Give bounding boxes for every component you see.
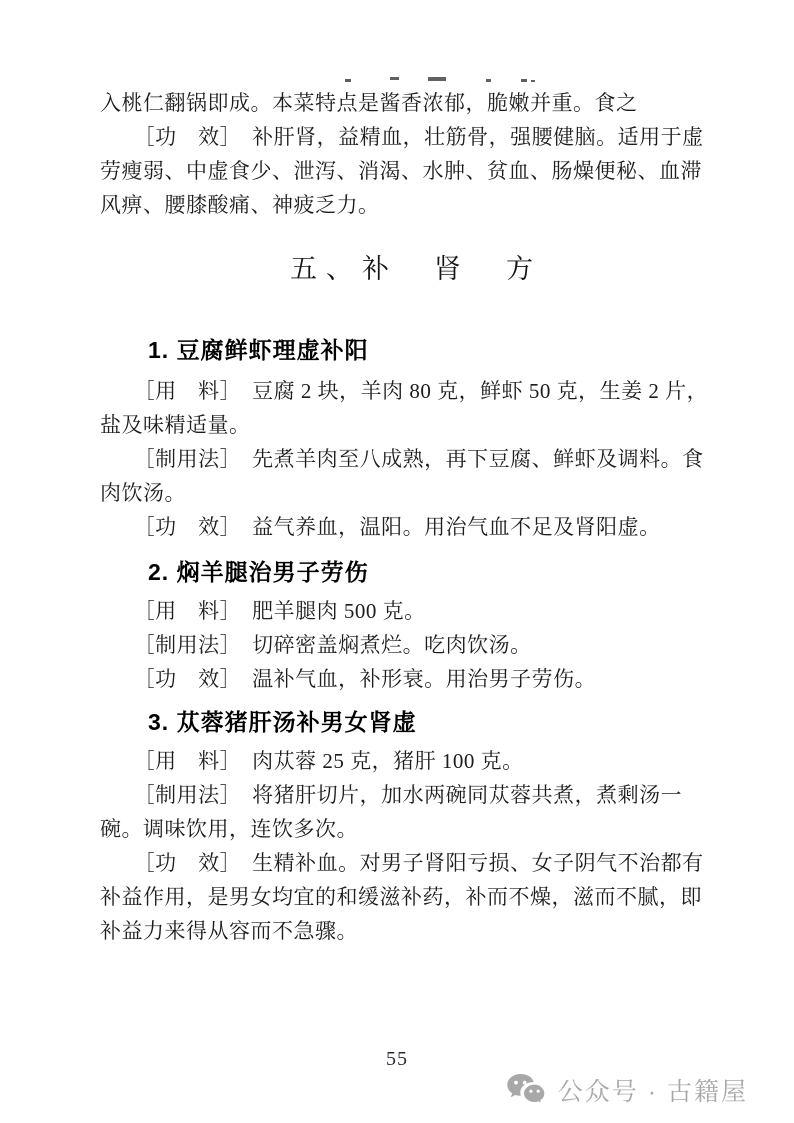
intro-line: 风痹、腰膝酸痛、神疲乏力。 xyxy=(100,188,714,222)
wechat-icon xyxy=(506,1073,548,1107)
recipe-2-line: ［功 效］ 温补气血，补形衰。用治男子劳伤。 xyxy=(100,662,714,696)
recipe-1-line: ［功 效］ 益气养血，温阳。用治气血不足及肾阳虚。 xyxy=(100,510,714,544)
intro-line: 劳瘦弱、中虚食少、泄泻、消渴、水肿、贫血、肠燥便秘、血滞 xyxy=(100,154,714,188)
recipe-1-line: ［用 料］ 豆腐 2 块，羊肉 80 克，鲜虾 50 克，生姜 2 片， xyxy=(100,374,714,408)
book-page: 入桃仁翻锅即成。本菜特点是酱香浓郁，脆嫩并重。食之 ［功 效］ 补肝肾，益精血，… xyxy=(0,0,794,1123)
recipe-1-line: ［制用法］ 先煮羊肉至八成熟，再下豆腐、鲜虾及调料。食 xyxy=(100,442,714,476)
recipe-3-line: 碗。调味饮用，连饮多次。 xyxy=(100,812,714,846)
watermark-text: 公众号 · 古籍屋 xyxy=(558,1072,748,1108)
recipe-2-line: ［用 料］ 肥羊腿肉 500 克。 xyxy=(100,594,714,628)
intro-line: ［功 效］ 补肝肾，益精血，壮筋骨，强腰健脑。适用于虚 xyxy=(100,120,714,154)
recipe-3-line: ［制用法］ 将猪肝切片，加水两碗同苁蓉共煮，煮剩汤一 xyxy=(100,778,714,812)
text-block: 入桃仁翻锅即成。本菜特点是酱香浓郁，脆嫩并重。食之 ［功 效］ 补肝肾，益精血，… xyxy=(0,0,794,948)
recipe-2-title: 2. 焖羊腿治男子劳伤 xyxy=(148,556,714,588)
page-number: 55 xyxy=(0,1048,794,1071)
recipe-1-line: 肉饮汤。 xyxy=(100,476,714,510)
recipe-3-line: ［功 效］ 生精补血。对男子肾阳亏损、女子阴气不治都有 xyxy=(100,846,714,880)
recipe-3-line: ［用 料］ 肉苁蓉 25 克，猪肝 100 克。 xyxy=(100,744,714,778)
recipe-1-title: 1. 豆腐鲜虾理虚补阳 xyxy=(148,334,714,366)
recipe-3-line: 补益力来得从容而不急骤。 xyxy=(100,914,714,948)
recipe-2-line: ［制用法］ 切碎密盖焖煮烂。吃肉饮汤。 xyxy=(100,628,714,662)
watermark: 公众号 · 古籍屋 xyxy=(506,1072,748,1108)
recipe-1-line: 盐及味精适量。 xyxy=(100,408,714,442)
chapter-title: 五、补 肾 方 xyxy=(100,248,714,290)
recipe-3-title: 3. 苁蓉猪肝汤补男女肾虚 xyxy=(148,706,714,738)
intro-line: 入桃仁翻锅即成。本菜特点是酱香浓郁，脆嫩并重。食之 xyxy=(100,86,714,120)
recipe-3-line: 补益作用，是男女均宜的和缓滋补药，补而不燥，滋而不腻，即 xyxy=(100,880,714,914)
